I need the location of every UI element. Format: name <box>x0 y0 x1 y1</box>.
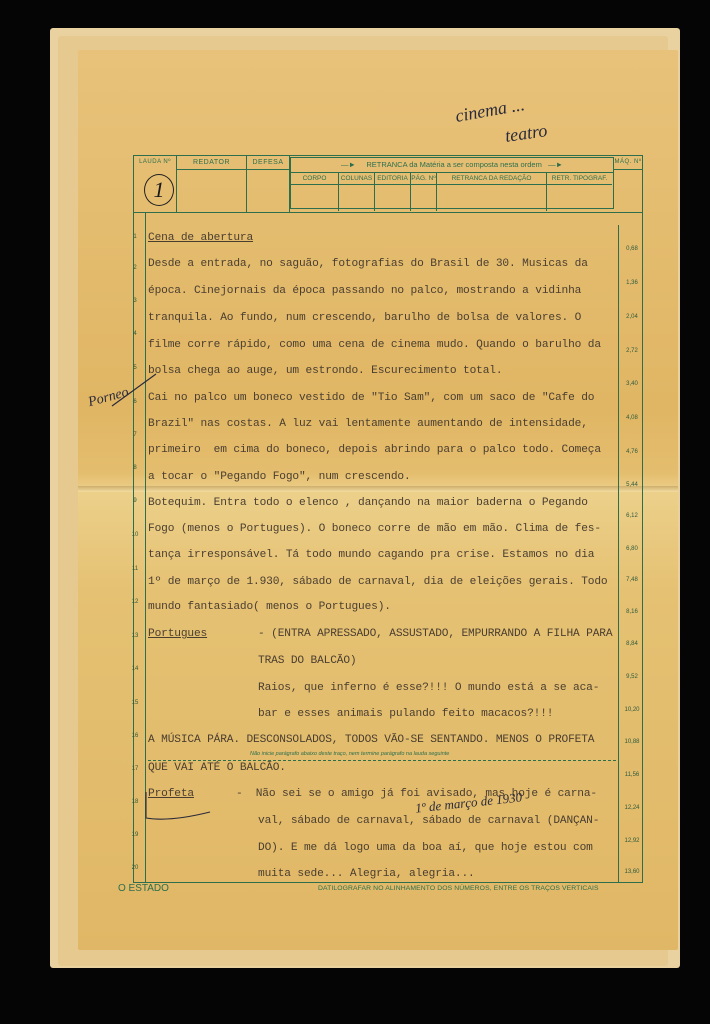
margin-pen-stroke <box>110 370 160 410</box>
maq-label: MÁQ. Nº <box>614 156 642 170</box>
editoria-label: EDITORIA <box>375 173 410 185</box>
scale-value: 9,52 <box>620 674 644 680</box>
script-line: mundo fantasiado( menos o Portugues). <box>148 601 391 613</box>
script-line: Desde a entrada, no saguão, fotografias … <box>148 258 588 270</box>
pag-cell: PÁG. Nº <box>411 173 437 211</box>
footer-publisher: O ESTADO <box>118 883 169 894</box>
stage-direction: QUE VAI ATÉ O BALCÃO. <box>148 762 286 774</box>
script-line: Cai no palco um boneco vestido de "Tio S… <box>148 392 594 404</box>
arrow-right-icon: —► <box>341 160 356 169</box>
retranca-label: RETRANCA da Matéria a ser composta nesta… <box>366 160 542 169</box>
line-number: 15 <box>127 700 143 706</box>
scale-value: 6,80 <box>620 546 644 552</box>
scale-value: 12,92 <box>620 838 644 844</box>
retranca-redacao-label: RETRANCA DA REDAÇÃO <box>437 173 546 185</box>
line-number: 14 <box>127 666 143 672</box>
stage-direction: A MÚSICA PÁRA. DESCONSOLADOS, TODOS VÃO-… <box>148 734 594 746</box>
line-number: 4 <box>127 331 143 337</box>
scale-value: 13,60 <box>620 869 644 875</box>
line-number: 20 <box>127 865 143 871</box>
defesa-cell: DEFESA <box>247 156 290 212</box>
scale-value: 12,24 <box>620 805 644 811</box>
line-number: 12 <box>127 599 143 605</box>
scale-value: 10,88 <box>620 739 644 745</box>
line-number: 8 <box>127 465 143 471</box>
line-number: 2 <box>127 265 143 271</box>
retranca-block: —► RETRANCA da Matéria a ser composta ne… <box>290 157 614 209</box>
script-line: 1º de março de 1.930, sábado de carnaval… <box>148 576 607 588</box>
scale-value: 6,12 <box>620 513 644 519</box>
dialogue-line: - Não sei se o amigo já foi avisado, mas… <box>236 788 597 800</box>
footer-instruction: DATILOGRAFAR NO ALINHAMENTO DOS NÚMEROS,… <box>318 885 599 892</box>
scale-value: 11,56 <box>620 772 644 778</box>
scale-value: 0,68 <box>620 246 644 252</box>
line-number: 10 <box>127 532 143 538</box>
script-line: a tocar o "Pegando Fogo", num crescendo. <box>148 471 411 483</box>
stage-direction: TRAS DO BALCÃO) <box>258 655 356 667</box>
bracket-pen-stroke <box>140 790 220 830</box>
script-line: tança irresponsável. Tá todo mundo cagan… <box>148 549 594 561</box>
line-number: 19 <box>127 832 143 838</box>
lauda-number: 1 <box>144 174 174 206</box>
scale-value: 4,08 <box>620 415 644 421</box>
line-number: 9 <box>127 498 143 504</box>
line-number: 1 <box>127 234 143 240</box>
dialogue-line: bar e esses animais pulando feito macaco… <box>258 708 553 720</box>
line-number: 16 <box>127 733 143 739</box>
dialogue-line: DO). E me dá logo uma da boa aí, que hoj… <box>258 842 593 854</box>
scale-value: 10,20 <box>620 707 644 713</box>
retr-tipograf-cell: RETR. TIPOGRAF. <box>547 173 612 211</box>
scale-value: 1,36 <box>620 280 644 286</box>
corpo-label: CORPO <box>291 173 338 185</box>
maq-cell: MÁQ. Nº <box>614 156 642 212</box>
line-number: 3 <box>127 298 143 304</box>
scale-value: 8,84 <box>620 641 644 647</box>
dialogue-line: val, sábado de carnaval, sábado de carna… <box>258 815 599 827</box>
colunas-cell: COLUNAS <box>339 173 375 211</box>
scale-value: 4,76 <box>620 449 644 455</box>
dialogue-line: Raios, que inferno é esse?!!! O mundo es… <box>258 682 599 694</box>
scale-value: 7,48 <box>620 577 644 583</box>
retranca-redacao-cell: RETRANCA DA REDAÇÃO <box>437 173 547 211</box>
defesa-label: DEFESA <box>247 156 289 170</box>
script-line: bolsa chega ao auge, um estrondo. Escure… <box>148 365 502 377</box>
character-name-portugues: Portugues <box>148 628 207 640</box>
script-line: tranquila. Ao fundo, num crescendo, baru… <box>148 312 581 324</box>
colunas-label: COLUNAS <box>339 173 374 185</box>
line-number: 7 <box>127 432 143 438</box>
script-line: filme corre rápido, como uma cena de cin… <box>148 339 601 351</box>
line-number: 13 <box>127 633 143 639</box>
paragraph-limit-note: Não inicie parágrafo abaixo deste traço,… <box>250 751 449 757</box>
scale-value: 8,16 <box>620 609 644 615</box>
corpo-cell: CORPO <box>291 173 339 211</box>
scene-heading: Cena de abertura <box>148 232 253 244</box>
left-margin-rule <box>145 213 146 883</box>
dialogue-line: muita sede... Alegria, alegria... <box>258 868 475 880</box>
redator-cell: REDATOR <box>177 156 247 212</box>
pag-label: PÁG. Nº <box>411 173 436 185</box>
script-line: Botequim. Entra todo o elenco , dançando… <box>148 497 588 509</box>
lauda-cell: LAUDA Nº 1 <box>134 156 177 212</box>
redator-label: REDATOR <box>177 156 246 170</box>
lauda-label: LAUDA Nº <box>134 156 176 170</box>
scale-value: 3,40 <box>620 381 644 387</box>
script-line: primeiro em cima do boneco, depois abrin… <box>148 444 601 456</box>
arrow-right-icon: —► <box>548 160 563 169</box>
editoria-cell: EDITORIA <box>375 173 411 211</box>
scale-value: 2,04 <box>620 314 644 320</box>
stage-direction: - (ENTRA APRESSADO, ASSUSTADO, EMPURRAND… <box>258 628 612 640</box>
right-margin-rule <box>618 225 619 883</box>
form-header: LAUDA Nº 1 REDATOR DEFESA —► RETRANCA da… <box>133 155 643 213</box>
script-line: Brazil" nas costas. A luz vai lentamente… <box>148 418 588 430</box>
paragraph-limit-rule <box>148 760 616 761</box>
line-number: 11 <box>127 566 143 572</box>
scale-value: 2,72 <box>620 348 644 354</box>
retr-tipograf-label: RETR. TIPOGRAF. <box>547 173 612 185</box>
scale-value: 5,44 <box>620 482 644 488</box>
line-number: 17 <box>127 766 143 772</box>
script-line: Fogo (menos o Portugues). O boneco corre… <box>148 523 601 535</box>
script-line: época. Cinejornais da época passando no … <box>148 285 581 297</box>
